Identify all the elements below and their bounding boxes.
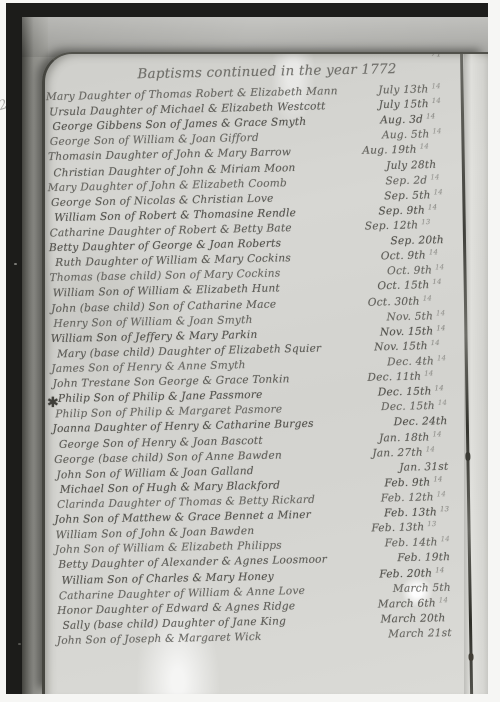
entry-clerk-mark: 14 — [426, 113, 435, 121]
entry-date: March 5th — [393, 581, 451, 594]
entry-date: July 15th — [379, 98, 429, 111]
page-heading: Baptisms continued in the year 1772 — [45, 60, 440, 84]
entry-date: July 13th — [378, 83, 428, 96]
entry-date: Oct. 9th — [387, 265, 432, 278]
entry-clerk-mark: 14 — [439, 596, 448, 604]
entry-clerk-mark: 14 — [436, 324, 445, 332]
entry-date: Oct. 15th — [377, 279, 429, 292]
entry-clerk-mark: 14 — [433, 188, 442, 196]
entry-clerk-mark: 14 — [426, 445, 435, 453]
entry-date: Jan. 31st — [399, 460, 448, 473]
entry-clerk-mark: 14 — [434, 384, 443, 392]
entry-clerk-mark: 14 — [436, 309, 445, 317]
entry-date: Feb. 13th — [371, 521, 424, 534]
entry-date: Feb. 13th — [384, 506, 437, 519]
entry-date: March 21st — [388, 627, 452, 640]
entry-clerk-mark: 14 — [432, 128, 441, 136]
entry-date: Oct. 30th — [368, 295, 420, 308]
entry-clerk-mark: 14 — [440, 535, 449, 543]
entry-clerk-mark: 14 — [433, 475, 442, 483]
entry-date: March 6th — [378, 597, 436, 610]
entry-clerk-mark: 14 — [428, 203, 437, 211]
entry-date: March 20th — [380, 612, 445, 625]
entry-date: Sep. 5th — [384, 189, 431, 202]
entry-date: Sep. 20th — [390, 234, 444, 247]
entry-date: Aug. 5th — [382, 129, 430, 142]
entry-date: Dec. 24th — [394, 416, 448, 429]
entry-date: Dec. 15th — [381, 400, 435, 413]
entry-clerk-mark: 13 — [427, 520, 436, 528]
corner-page-number: 71 — [431, 52, 442, 59]
entry-clerk-mark: 13 — [440, 505, 449, 513]
entry-clerk-mark: 14 — [420, 143, 429, 151]
entry-date: Feb. 19th — [397, 551, 450, 564]
entry-clerk-mark: 14 — [430, 173, 439, 181]
entry-clerk-mark: 14 — [437, 354, 446, 362]
entry-date: Feb. 12th — [381, 491, 434, 504]
entry-date: Sep. 2d — [385, 174, 427, 187]
entry-date: Sep. 9th — [378, 204, 425, 217]
entry-text: Henry Son of William & Joan Smyth — [53, 314, 252, 330]
entry-date: Feb. 9th — [384, 476, 430, 489]
entry-clerk-mark: 14 — [437, 490, 446, 498]
dust-speck — [14, 263, 17, 265]
entry-date: Dec. 4th — [387, 355, 434, 368]
entry-date: Aug. 3d — [380, 114, 423, 127]
entry-clerk-mark: 14 — [431, 82, 440, 90]
entry-clerk-mark: 14 — [432, 278, 441, 286]
entry-clerk-mark: 14 — [429, 248, 438, 256]
entry-clerk-mark: 14 — [424, 369, 433, 377]
entry-clerk-mark: 14 — [435, 566, 444, 574]
entry-clerk-mark: 14 — [432, 97, 441, 105]
entry-date: Dec. 11th — [367, 371, 421, 384]
entry-clerk-mark: 14 — [435, 263, 444, 271]
dust-speck — [18, 643, 21, 645]
entry-date: Nov. 15th — [380, 325, 434, 338]
entry-text: James Son of Henry & Anne Smyth — [51, 359, 245, 375]
entry-date: Sep. 12th — [365, 219, 419, 232]
entry-clerk-mark: 14 — [423, 294, 432, 302]
entry-date: Feb. 14th — [385, 537, 438, 550]
entry-date: Jan. 18th — [379, 431, 430, 444]
entry-clerk-mark: 13 — [421, 218, 430, 226]
entry-date: Nov. 15th — [374, 340, 428, 353]
entry-date: Dec. 15th — [378, 386, 432, 399]
entry-clerk-mark: 14 — [432, 430, 441, 438]
entry-clerk-mark: 14 — [438, 399, 447, 407]
entry-clerk-mark: 14 — [431, 339, 440, 347]
entry-date: Aug. 19th — [362, 144, 417, 157]
photo-frame: ✱ 71 Baptisms continued in the year 1772… — [6, 3, 488, 694]
register-entries: Mary Daughter of Thomas Robert & Elizabe… — [46, 83, 452, 650]
entry-date: July 28th — [386, 158, 436, 171]
entry-date: Jan. 27th — [372, 446, 423, 459]
scanned-photograph: 2 ✱ 71 Baptisms continued in the year 17… — [0, 0, 500, 702]
entry-date: Oct. 9th — [381, 250, 426, 263]
register-page: ✱ 71 Baptisms continued in the year 1772… — [42, 52, 488, 694]
entry-date: Nov. 5th — [386, 310, 433, 323]
entry-date: Feb. 20th — [379, 567, 432, 580]
handwritten-content: 71 Baptisms continued in the year 1772 M… — [45, 60, 452, 650]
